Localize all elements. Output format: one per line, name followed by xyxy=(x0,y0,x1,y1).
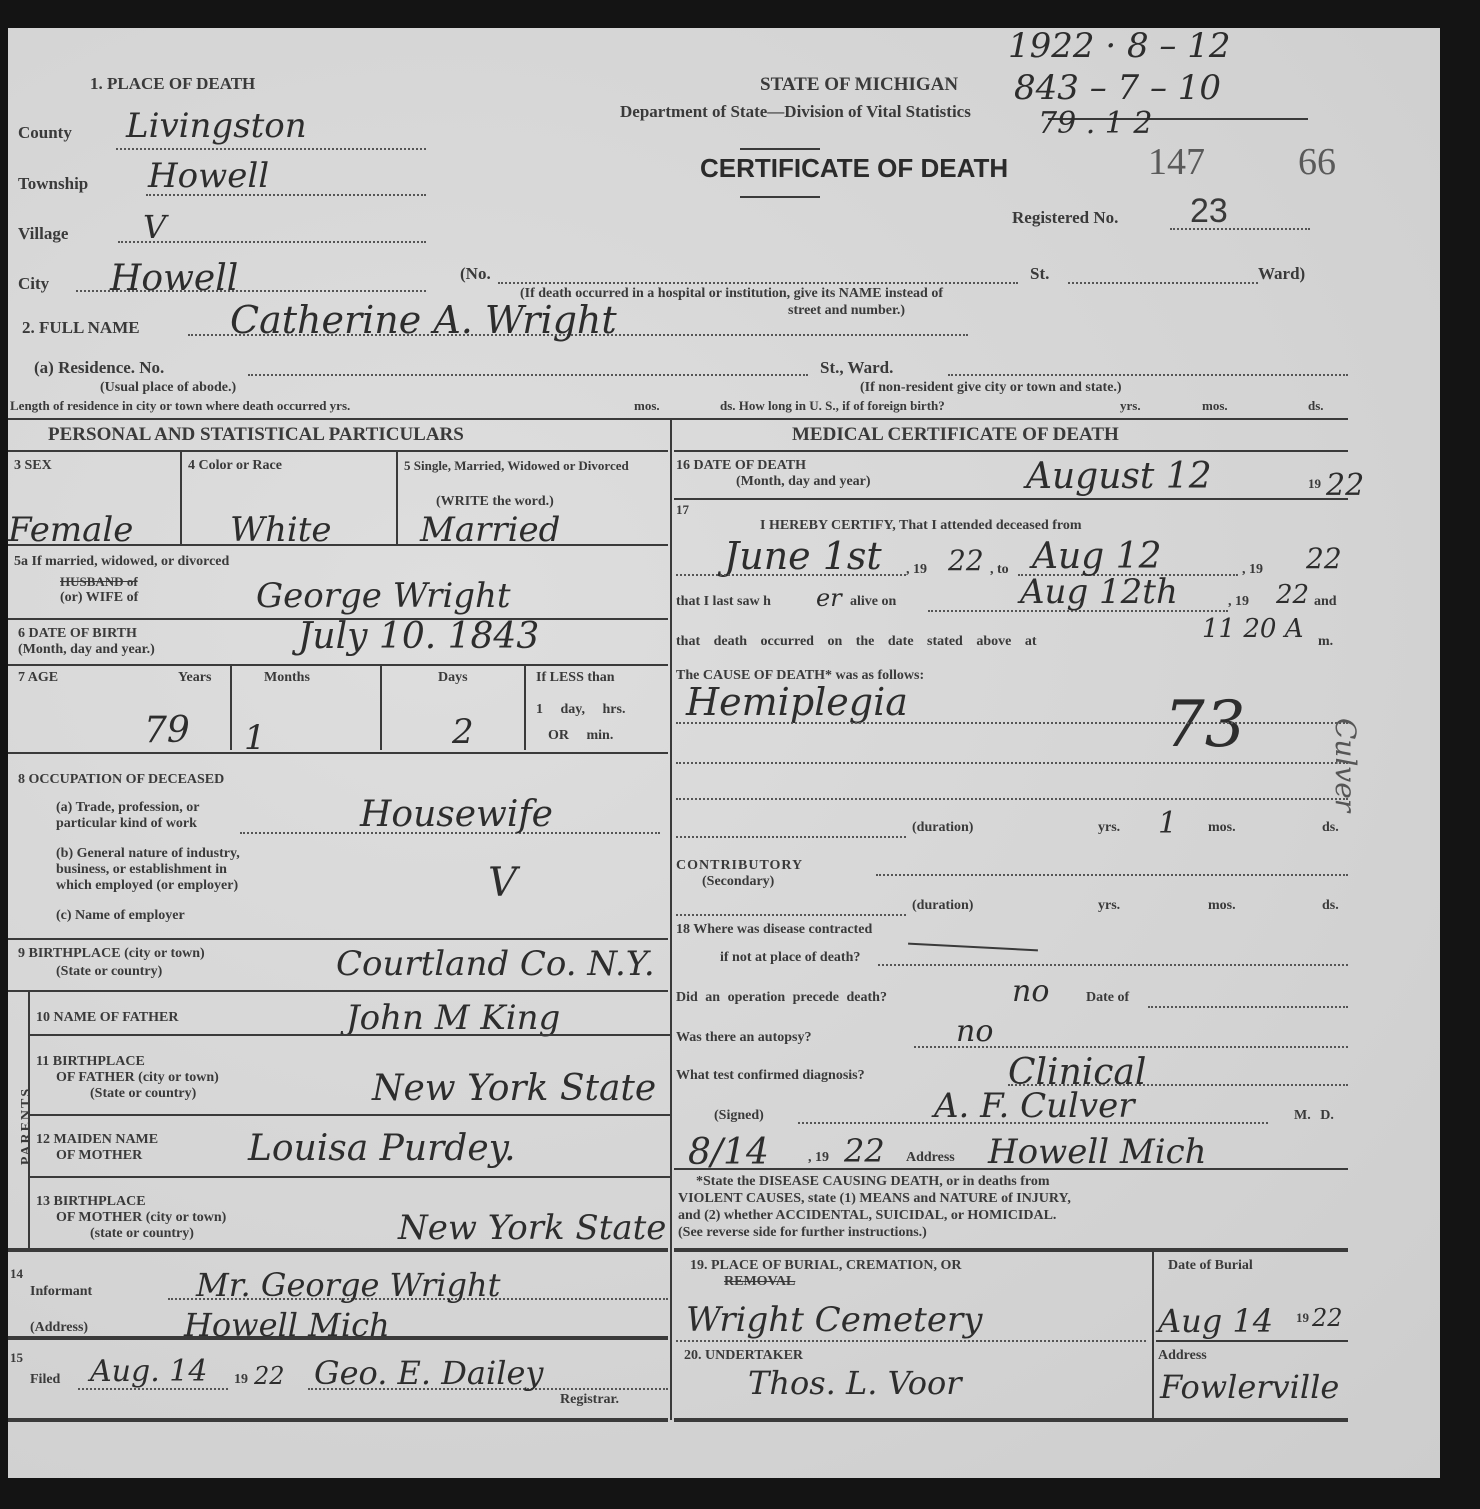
med-rule-sign xyxy=(674,1168,1348,1170)
informant-value: Mr. George Wright xyxy=(196,1266,500,1304)
duration2-line xyxy=(676,914,906,916)
physician-signature: A. F. Culver xyxy=(934,1086,1134,1126)
contributory-sublabel: (Secondary) xyxy=(702,874,774,890)
row-rule-4 xyxy=(8,752,668,754)
item-17-number: 17 xyxy=(676,502,689,518)
footnote-line-4: (See reverse side for further instructio… xyxy=(678,1225,927,1241)
personal-heading-rule xyxy=(8,450,668,452)
ward-label: Ward) xyxy=(1258,264,1305,284)
less-than-label: If LESS than xyxy=(536,670,615,686)
stamp-number-right: 66 xyxy=(1298,140,1336,184)
mother-birthplace-value: New York State xyxy=(398,1208,666,1248)
color-label: 4 Color or Race xyxy=(188,458,282,474)
date-of-line xyxy=(1148,1006,1348,1008)
section-divider xyxy=(8,418,1348,420)
burial-place-value: Wright Cemetery xyxy=(686,1300,982,1340)
informant-label: Informant xyxy=(30,1284,92,1300)
duration-yrs-label: yrs. xyxy=(1098,820,1120,836)
wife-of-label: (or) WIFE of xyxy=(60,590,138,606)
duration2-label: (duration) xyxy=(912,898,973,914)
undertaker-address-value: Fowlerville xyxy=(1160,1368,1339,1406)
full-name-label: 2. FULL NAME xyxy=(22,318,140,338)
to-year-prefix: , 19 xyxy=(1242,562,1263,578)
and-label: and xyxy=(1314,594,1337,610)
annotation-age: 79 . 1 2 xyxy=(1038,106,1153,141)
dob-value: July 10. 1843 xyxy=(298,616,539,657)
village-value: V xyxy=(143,208,166,246)
row-rule-9 xyxy=(30,1176,670,1178)
age-days-value: 2 xyxy=(452,712,474,752)
from-year-value: 22 xyxy=(948,544,984,577)
filed-rule xyxy=(8,1418,668,1422)
informant-number: 14 xyxy=(10,1266,23,1282)
street-no-line xyxy=(498,282,1018,284)
occupation-b-label: (b) General nature of industry, xyxy=(56,846,240,862)
residence-sublabel: (Usual place of abode.) xyxy=(100,380,236,396)
row-rule-6 xyxy=(8,990,668,992)
duration2-ds-label: ds. xyxy=(1322,898,1339,914)
medical-heading: MEDICAL CERTIFICATE OF DEATH xyxy=(792,424,1119,446)
duration-months-value: 1 xyxy=(1158,806,1177,841)
father-name-label: 10 NAME OF FATHER xyxy=(36,1010,178,1026)
county-value: Livingston xyxy=(126,106,307,146)
date-of-death-label: 16 DATE OF DEATH xyxy=(676,458,806,474)
last-saw-label: that I last saw h xyxy=(676,594,771,610)
birthplace-sublabel: (State or country) xyxy=(56,964,162,980)
sex-divider xyxy=(180,452,182,544)
residence-mos: mos. xyxy=(634,398,660,414)
months-label: Months xyxy=(264,670,310,686)
center-divider xyxy=(670,420,672,1420)
filed-number: 15 xyxy=(10,1350,23,1366)
where-contracted-label: 18 Where was disease contracted xyxy=(676,922,872,938)
spouse-label: 5a If married, widowed, or divorced xyxy=(14,554,229,570)
contributory-label: CONTRIBUTORY xyxy=(676,858,803,874)
place-of-death-heading: 1. PLACE OF DEATH xyxy=(90,74,255,94)
township-label: Township xyxy=(18,174,88,194)
age-years-value: 79 xyxy=(144,710,190,751)
county-label: County xyxy=(18,123,72,143)
cause-line-3 xyxy=(676,798,1348,800)
registrar-label: Registrar. xyxy=(560,1392,619,1408)
signed-year-prefix: , 19 xyxy=(808,1150,829,1166)
footnote-line-1: *State the DISEASE CAUSING DEATH, or in … xyxy=(696,1174,1050,1190)
death-time-value: 11 20 A xyxy=(1202,614,1303,644)
duration2-mos-label: mos. xyxy=(1208,898,1236,914)
months-divider xyxy=(380,666,382,750)
burial-place-line xyxy=(676,1340,1146,1342)
removal-label: REMOVAL xyxy=(724,1274,795,1290)
us-mos: mos. xyxy=(1202,398,1228,414)
one-day-hrs-label: 1 day, hrs. xyxy=(536,702,625,718)
length-of-residence-label: Length of residence in city or town wher… xyxy=(10,398,350,414)
occupation-b-value: V xyxy=(488,860,517,906)
row-rule-7 xyxy=(30,1034,670,1036)
where-contracted-dash xyxy=(908,943,1038,952)
attended-from-line xyxy=(676,574,906,576)
registrar-signature: Geo. E. Dailey xyxy=(314,1354,543,1392)
med-rule-bottom xyxy=(674,1418,1348,1422)
dob-sublabel: (Month, day and year.) xyxy=(18,642,155,658)
occupation-a-label: (a) Trade, profession, or xyxy=(56,800,200,816)
signed-label: (Signed) xyxy=(714,1108,764,1124)
filed-label: Filed xyxy=(30,1372,60,1388)
md-label: M. D. xyxy=(1294,1108,1334,1124)
street-label: St. xyxy=(1030,264,1049,284)
personal-heading: PERSONAL AND STATISTICAL PARTICULARS xyxy=(48,424,464,446)
row-rule-1 xyxy=(8,544,668,546)
department-name: Department of State—Division of Vital St… xyxy=(620,102,971,122)
occupation-value: Housewife xyxy=(360,794,553,835)
occupation-b-label-3: which employed (or employer) xyxy=(56,878,238,894)
duration-label: (duration) xyxy=(912,820,973,836)
death-certificate: 1922 · 8 – 12 843 – 7 – 10 79 . 1 2 1. P… xyxy=(8,28,1440,1478)
burial-date-label: Date of Burial xyxy=(1168,1258,1253,1274)
to-label: , to xyxy=(990,562,1009,578)
filed-year-value: 22 xyxy=(254,1362,285,1390)
us-yrs: yrs. xyxy=(1120,398,1141,414)
mother-birthplace-label: 13 BIRTHPLACE xyxy=(36,1194,146,1210)
occupation-a-label-2: particular kind of work xyxy=(56,816,197,832)
burial-date-line xyxy=(1156,1340,1348,1342)
am-pm-label: m. xyxy=(1318,634,1333,650)
years-divider xyxy=(230,666,232,750)
years-label: Years xyxy=(178,670,211,686)
cause-line-1 xyxy=(676,722,1348,724)
last-saw-value: Aug 12th xyxy=(1020,572,1178,612)
burial-divider xyxy=(1152,1252,1154,1418)
duration-line xyxy=(676,836,906,838)
village-label: Village xyxy=(18,224,68,244)
duration2-yrs-label: yrs. xyxy=(1098,898,1120,914)
residence-line xyxy=(248,374,808,376)
cause-line-2 xyxy=(676,762,1348,764)
medical-heading-rule xyxy=(674,450,1348,452)
duration-mos-label: mos. xyxy=(1208,820,1236,836)
informant-address-label: (Address) xyxy=(30,1320,88,1336)
to-year-value: 22 xyxy=(1306,542,1342,575)
signed-year-value: 22 xyxy=(844,1132,885,1170)
cause-of-death-value: Hemiplegia xyxy=(686,680,908,724)
us-ds: ds. xyxy=(1308,398,1324,414)
mother-name-value: Louisa Purdey. xyxy=(248,1128,516,1169)
row-rule-3 xyxy=(8,664,668,666)
attended-from-value: June 1st xyxy=(724,534,882,578)
where-contracted-line xyxy=(878,964,1348,966)
cause-code-mark: 73 xyxy=(1164,688,1245,762)
father-birthplace-label-2: OF FATHER (city or town) xyxy=(56,1070,219,1086)
physician-address-value: Howell Mich xyxy=(988,1132,1207,1172)
burial-label: 19. PLACE OF BURIAL, CREMATION, OR xyxy=(690,1258,961,1274)
undertaker-address-label: Address xyxy=(1158,1348,1207,1364)
city-label: City xyxy=(18,274,49,294)
spouse-value: George Wright xyxy=(256,576,511,616)
state-name: STATE OF MICHIGAN xyxy=(760,74,958,96)
residence-st-ward-label: St., Ward. xyxy=(820,358,893,378)
operation-label: Did an operation precede death? xyxy=(676,990,887,1006)
township-value: Howell xyxy=(148,156,269,196)
ward-line xyxy=(1068,282,1258,284)
street-no-label: (No. xyxy=(460,264,491,284)
birthplace-value: Courtland Co. N.Y. xyxy=(336,944,655,984)
signed-date-value: 8/14 xyxy=(688,1132,769,1173)
days-divider xyxy=(524,666,526,750)
autopsy-label: Was there an autopsy? xyxy=(676,1030,811,1046)
undertaker-label: 20. UNDERTAKER xyxy=(684,1348,803,1364)
marital-label: 5 Single, Married, Widowed or Divorced xyxy=(404,458,654,474)
footnote-line-2: VIOLENT CAUSES, state (1) MEANS and NATU… xyxy=(678,1191,1071,1207)
duration-ds-label: ds. xyxy=(1322,820,1339,836)
marital-write-label: (WRITE the word.) xyxy=(436,494,554,510)
employer-label: (c) Name of employer xyxy=(56,908,185,924)
date-of-label: Date of xyxy=(1086,990,1129,1006)
death-time-label: that death occurred on the date stated a… xyxy=(676,634,1037,650)
where-contracted-label-2: if not at place of death? xyxy=(720,950,860,966)
hospital-note-2: street and number.) xyxy=(788,303,905,319)
or-min-label: OR min. xyxy=(548,728,613,744)
registered-no-label: Registered No. xyxy=(1012,208,1118,228)
father-name-value: John M King xyxy=(346,998,560,1038)
annotation-date: 1922 · 8 – 12 xyxy=(1008,26,1230,66)
father-birthplace-label: 11 BIRTHPLACE xyxy=(36,1054,145,1070)
certificate-title: CERTIFICATE OF DEATH xyxy=(700,153,1008,184)
operation-value: no xyxy=(1012,974,1049,1009)
informant-address-value: Howell Mich xyxy=(184,1306,390,1344)
mother-name-label-2: OF MOTHER xyxy=(56,1148,142,1164)
occupation-b-label-2: business, or establishment in xyxy=(56,862,227,878)
last-saw-year-prefix: , 19 xyxy=(1228,594,1249,610)
age-label: 7 AGE xyxy=(18,670,58,686)
test-label: What test confirmed diagnosis? xyxy=(676,1068,865,1084)
dod-year-prefix: 19 xyxy=(1308,476,1321,492)
stamp-number-left: 147 xyxy=(1148,140,1205,184)
certify-text: I HEREBY CERTIFY, That I attended deceas… xyxy=(760,518,1082,534)
full-name-value: Catherine A. Wright xyxy=(230,298,617,342)
occupation-heading: 8 OCCUPATION OF DECEASED xyxy=(18,772,224,788)
city-value: Howell xyxy=(110,258,238,299)
from-year-prefix: , 19 xyxy=(906,562,927,578)
physician-address-label: Address xyxy=(906,1150,955,1166)
mother-birthplace-label-3: (state or country) xyxy=(90,1226,194,1242)
filed-date-value: Aug. 14 xyxy=(90,1354,207,1389)
title-rule-top xyxy=(740,148,820,150)
med-rule-footnote xyxy=(674,1248,1348,1252)
birthplace-label: 9 BIRTHPLACE (city or town) xyxy=(18,946,205,962)
med-rule-1 xyxy=(674,498,1348,500)
mother-name-label: 12 MAIDEN NAME xyxy=(36,1132,158,1148)
sex-label: 3 SEX xyxy=(14,458,52,474)
parents-vertical-label: PARENTS xyxy=(19,1087,35,1165)
burial-year-value: 22 xyxy=(1312,1304,1343,1332)
burial-date-value: Aug 14 xyxy=(1158,1302,1273,1340)
margin-note: Culver xyxy=(1329,718,1362,812)
row-rule-5 xyxy=(8,938,668,940)
undertaker-value: Thos. L. Voor xyxy=(748,1364,962,1402)
row-rule-10 xyxy=(8,1248,668,1252)
color-divider xyxy=(396,452,398,544)
date-of-death-sublabel: (Month, day and year) xyxy=(736,474,871,490)
county-line xyxy=(116,148,426,150)
father-birthplace-label-3: (State or country) xyxy=(90,1086,196,1102)
alive-on-label: alive on xyxy=(850,594,896,610)
title-rule-bottom xyxy=(740,196,820,198)
date-of-death-value: August 12 xyxy=(1026,456,1212,497)
registered-no-value: 23 xyxy=(1190,192,1228,231)
husband-of-label: HUSBAND of xyxy=(60,574,138,590)
autopsy-line xyxy=(914,1046,1348,1048)
footnote-line-3: and (2) whether ACCIDENTAL, SUICIDAL, or… xyxy=(678,1208,1056,1224)
filed-year-prefix: 19 xyxy=(234,1372,248,1388)
father-birthplace-value: New York State xyxy=(372,1068,656,1109)
contributory-line xyxy=(876,874,1348,876)
days-label: Days xyxy=(438,670,468,686)
residence-label: (a) Residence. No. xyxy=(34,358,164,378)
residence-ward-line xyxy=(948,374,1348,376)
last-saw-year-value: 22 xyxy=(1276,580,1309,610)
dob-label: 6 DATE OF BIRTH xyxy=(18,626,137,642)
nonresident-note: (If non-resident give city or town and s… xyxy=(860,380,1122,396)
row-rule-8 xyxy=(30,1114,670,1116)
autopsy-value: no xyxy=(956,1014,993,1049)
burial-year-prefix: 19 xyxy=(1296,1310,1309,1326)
how-long-in-us-label: ds. How long in U. S., if of foreign bir… xyxy=(720,398,945,414)
mother-birthplace-label-2: OF MOTHER (city or town) xyxy=(56,1210,226,1226)
annotation-birth: 843 – 7 – 10 xyxy=(1014,68,1221,108)
last-saw-pronoun: er xyxy=(816,584,842,612)
attended-to-value: Aug 12 xyxy=(1032,536,1161,577)
